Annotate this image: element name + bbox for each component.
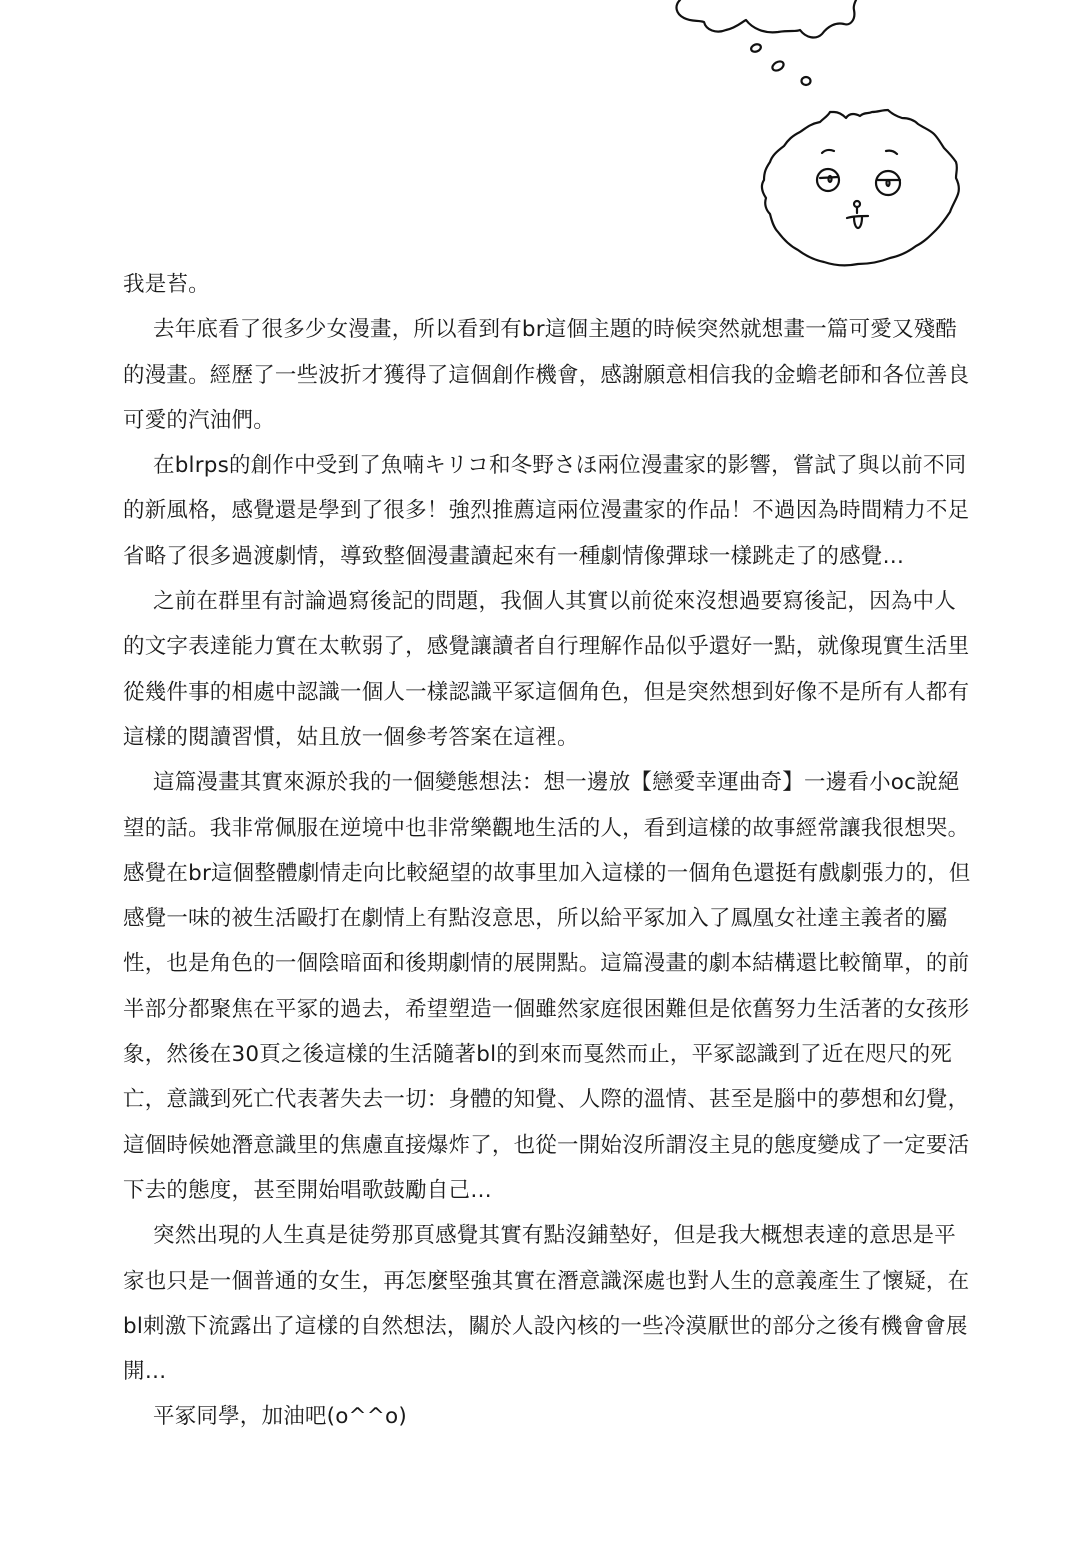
text-line: 之前在群里有討論過寫後記的問題，我個人其實以前從來沒想過要寫後記，因為中人 bbox=[123, 579, 993, 624]
text-line: 家也只是一個普通的女生，再怎麼堅強其實在潛意識深處也對人生的意義產生了懷疑，在 bbox=[123, 1259, 993, 1304]
text-line: 去年底看了很多少女漫畫，所以看到有br這個主題的時候突然就想畫一篇可愛又殘酷 bbox=[123, 307, 993, 352]
text-line: 性，也是角色的一個陰暗面和後期劇情的展開點。這篇漫畫的劇本結構還比較簡單，的前 bbox=[123, 941, 993, 986]
thought-dot-icon bbox=[802, 77, 811, 85]
text-line: 在blrps的創作中受到了魚喃キリコ和冬野さほ兩位漫畫家的影響，嘗試了與以前不同 bbox=[123, 443, 993, 488]
text-line: 這篇漫畫其實來源於我的一個變態想法：想一邊放【戀愛幸運曲奇】一邊看小oc說絕 bbox=[123, 760, 993, 805]
tongue-icon bbox=[854, 217, 862, 228]
text-line: bl刺激下流露出了這樣的自然想法，關於人設內核的一些冷漠厭世的部分之後有機會會展 bbox=[123, 1304, 993, 1349]
text-line: 下去的態度，甚至開始唱歌鼓勵自己… bbox=[123, 1168, 993, 1213]
text-line: 的漫畫。經歷了一些波折才獲得了這個創作機會，感謝願意相信我的金蟾老師和各位善良 bbox=[123, 353, 993, 398]
text-line: 這樣的閱讀習慣，姑且放一個參考答案在這裡。 bbox=[123, 715, 993, 760]
thought-dot-icon bbox=[771, 60, 785, 73]
afterword-text: 我是苔。 去年底看了很多少女漫畫，所以看到有br這個主題的時候突然就想畫一篇可愛… bbox=[123, 262, 993, 1440]
text-line: 象，然後在30頁之後這樣的生活隨著bl的到來而戛然而止，平冢認識到了近在咫尺的死 bbox=[123, 1032, 993, 1077]
text-line: 感覺一味的被生活毆打在劇情上有點沒意思，所以給平冢加入了鳳凰女社達主義者的屬 bbox=[123, 896, 993, 941]
mouth-icon bbox=[847, 216, 868, 218]
eye-icon bbox=[876, 171, 900, 195]
text-line: 省略了很多過渡劇情，導致整個漫畫讀起來有一種劇情像彈球一樣跳走了的感覺… bbox=[123, 534, 993, 579]
thought-bubble-icon bbox=[677, 0, 856, 37]
text-line: 望的話。我非常佩服在逆境中也非常樂觀地生活的人，看到這樣的故事經常讓我很想哭。 bbox=[123, 806, 993, 851]
doodle-illustration bbox=[660, 0, 980, 280]
text-line: 這個時候她潛意識里的焦慮直接爆炸了，也從一開始沒所謂沒主見的態度變成了一定要活 bbox=[123, 1123, 993, 1168]
text-line: 的文字表達能力實在太軟弱了，感覺讓讀者自行理解作品似乎還好一點，就像現實生活里 bbox=[123, 624, 993, 669]
text-line: 感覺在br這個整體劇情走向比較絕望的故事里加入這樣的一個角色還挺有戲劇張力的，但 bbox=[123, 851, 993, 896]
text-line: 半部分都聚焦在平冢的過去，希望塑造一個雖然家庭很困難但是依舊努力生活著的女孩形 bbox=[123, 987, 993, 1032]
text-line: 可愛的汽油們。 bbox=[123, 398, 993, 443]
text-line: 從幾件事的相處中認識一個人一樣認識平冢這個角色，但是突然想到好像不是所有人都有 bbox=[123, 670, 993, 715]
text-line: 的新風格，感覺還是學到了很多！強烈推薦這兩位漫畫家的作品！不過因為時間精力不足 bbox=[123, 488, 993, 533]
text-line: 開… bbox=[123, 1349, 993, 1394]
text-line: 我是苔。 bbox=[123, 262, 993, 307]
text-line: 突然出現的人生真是徒勞那頁感覺其實有點沒鋪墊好，但是我大概想表達的意思是平 bbox=[123, 1213, 993, 1258]
fluffy-creature-icon bbox=[762, 110, 959, 265]
thought-dot-icon bbox=[750, 43, 762, 53]
eyebrow-icon bbox=[886, 151, 897, 154]
text-line: 平冢同學，加油吧(o^^o) bbox=[123, 1394, 993, 1439]
eyebrow-icon bbox=[822, 150, 834, 153]
text-line: 亡，意識到死亡代表著失去一切：身體的知覺、人際的溫情、甚至是腦中的夢想和幻覺， bbox=[123, 1077, 993, 1122]
